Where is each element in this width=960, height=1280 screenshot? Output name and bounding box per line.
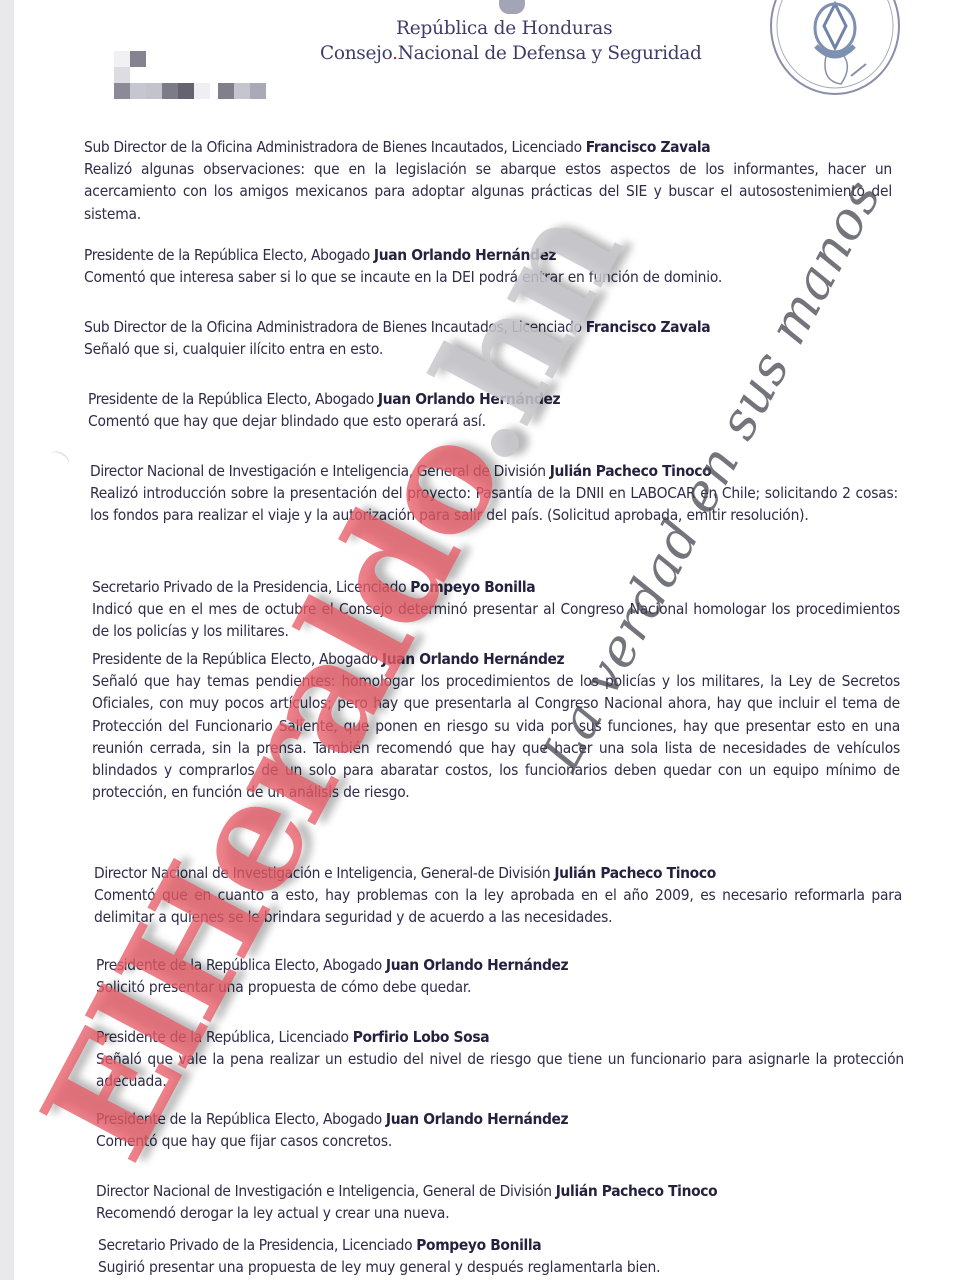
speaker-role: Sub Director de la Oficina Administrador…: [84, 318, 586, 336]
speaker-line: Director Nacional de Investigación e Int…: [90, 460, 898, 482]
speaker-name: Julián Pacheco Tinoco: [550, 462, 712, 480]
speaker-line: Presidente de la República Electo, Aboga…: [88, 388, 896, 410]
speaker-name: Julián Pacheco Tinoco: [554, 864, 716, 882]
speaker-line: Presidente de la República Electo, Aboga…: [92, 648, 900, 670]
minutes-entry: Sub Director de la Oficina Administrador…: [84, 316, 892, 360]
speaker-role: Presidente de la República, Licenciado: [96, 1028, 353, 1046]
speaker-name: Francisco Zavala: [586, 318, 710, 336]
minutes-entry: Presidente de la República Electo, Aboga…: [92, 648, 900, 803]
speaker-name: Juan Orlando Hernández: [382, 650, 564, 668]
entry-text: Indicó que en el mes de octubre el Conse…: [92, 598, 900, 642]
header-country: República de Honduras: [396, 18, 612, 39]
speaker-role: Presidente de la República Electo, Aboga…: [92, 650, 382, 668]
speaker-role: Presidente de la República Electo, Aboga…: [84, 246, 374, 264]
speaker-line: Presidente de la República Electo, Aboga…: [84, 244, 892, 266]
entry-text: Señaló que hay temas pendientes: homolog…: [92, 670, 900, 803]
minutes-entry: Presidente de la República, Licenciado P…: [96, 1026, 904, 1093]
speaker-line: Sub Director de la Oficina Administrador…: [84, 316, 892, 338]
entry-text: Señaló que vale la pena realizar un estu…: [96, 1048, 904, 1092]
speaker-name: Juan Orlando Hernández: [386, 1110, 568, 1128]
speaker-line: Director Nacional de Investigación e Int…: [94, 862, 902, 884]
speaker-name: Porfirio Lobo Sosa: [353, 1028, 490, 1046]
entry-text: Realizó algunas observaciones: que en la…: [84, 158, 892, 225]
entry-text: Comentó que hay que fijar casos concreto…: [96, 1130, 904, 1152]
speaker-name: Pompeyo Bonilla: [416, 1236, 541, 1254]
speaker-role: Secretario Privado de la Presidencia, Li…: [92, 578, 410, 596]
minutes-entry: Sub Director de la Oficina Administrador…: [84, 136, 892, 225]
speaker-name: Pompeyo Bonilla: [410, 578, 535, 596]
speaker-role: Presidente de la República Electo, Aboga…: [96, 1110, 386, 1128]
header-council: Consejo.Nacional de Defensa y Seguridad: [320, 43, 702, 64]
scan-mark: [45, 448, 72, 473]
entry-text: Comentó que en cuanto a esto, hay proble…: [94, 884, 902, 928]
entry-text: Señaló que si, cualquier ilícito entra e…: [84, 338, 892, 360]
speaker-role: Presidente de la República Electo, Aboga…: [88, 390, 378, 408]
entry-text: Sugirió presentar una propuesta de ley m…: [98, 1256, 906, 1278]
speaker-name: Juan Orlando Hernández: [386, 956, 568, 974]
speaker-role: Director Nacional de Investigación e Int…: [90, 462, 550, 480]
minutes-entry: Director Nacional de Investigación e Int…: [90, 460, 898, 527]
minutes-entry: Presidente de la República Electo, Aboga…: [84, 244, 892, 288]
redacted-block: [94, 48, 274, 100]
speaker-line: Secretario Privado de la Presidencia, Li…: [92, 576, 900, 598]
header-council-post: Nacional de Defensa y Seguridad: [398, 43, 702, 64]
speaker-role: Sub Director de la Oficina Administrador…: [84, 138, 586, 156]
entry-text: Realizó introducción sobre la presentaci…: [90, 482, 898, 526]
speaker-name: Francisco Zavala: [586, 138, 710, 156]
minutes-entry: Director Nacional de Investigación e Int…: [96, 1180, 904, 1224]
speaker-role: Director Nacional de Investigación e Int…: [94, 864, 554, 882]
speaker-role: Presidente de la República Electo, Aboga…: [96, 956, 386, 974]
minutes-entry: Secretario Privado de la Presidencia, Li…: [98, 1234, 906, 1278]
minutes-entry: Presidente de la República Electo, Aboga…: [96, 954, 904, 998]
header-council-pre: Consejo: [320, 43, 392, 64]
document-page: República de Honduras Consejo.Nacional d…: [14, 0, 960, 1280]
speaker-line: Director Nacional de Investigación e Int…: [96, 1180, 904, 1202]
entry-text: Comentó que interesa saber si lo que se …: [84, 266, 892, 288]
speaker-name: Juan Orlando Hernández: [374, 246, 556, 264]
speaker-name: Juan Orlando Hernández: [378, 390, 560, 408]
speaker-line: Presidente de la República Electo, Aboga…: [96, 1108, 904, 1130]
speaker-line: Secretario Privado de la Presidencia, Li…: [98, 1234, 906, 1256]
speaker-line: Sub Director de la Oficina Administrador…: [84, 136, 892, 158]
speaker-line: Presidente de la República, Licenciado P…: [96, 1026, 904, 1048]
minutes-entry: Director Nacional de Investigación e Int…: [94, 862, 902, 929]
seal-icon: [766, 0, 904, 96]
minutes-entry: Secretario Privado de la Presidencia, Li…: [92, 576, 900, 643]
minutes-entry: Presidente de la República Electo, Aboga…: [88, 388, 896, 432]
speaker-name: Julián Pacheco Tinoco: [556, 1182, 718, 1200]
crest-icon: [499, 0, 525, 14]
speaker-line: Presidente de la República Electo, Aboga…: [96, 954, 904, 976]
speaker-role: Director Nacional de Investigación e Int…: [96, 1182, 556, 1200]
entry-text: Recomendó derogar la ley actual y crear …: [96, 1202, 904, 1224]
minutes-entry: Presidente de la República Electo, Aboga…: [96, 1108, 904, 1152]
entry-text: Comentó que hay que dejar blindado que e…: [88, 410, 896, 432]
speaker-role: Secretario Privado de la Presidencia, Li…: [98, 1236, 416, 1254]
entry-text: Solicitó presentar una propuesta de cómo…: [96, 976, 904, 998]
